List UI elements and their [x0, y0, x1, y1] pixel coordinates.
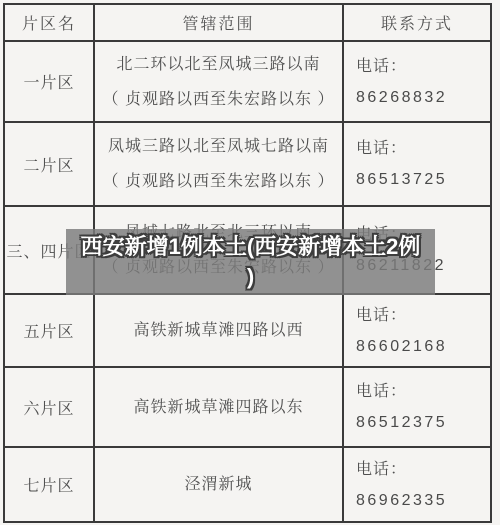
phone-label: 电话：: [356, 376, 407, 407]
phone-cell: 电话： 86268832: [344, 42, 490, 121]
table-row: 七片区 泾渭新城 电话： 86962335: [5, 448, 490, 521]
district-label: 二片区: [23, 153, 74, 176]
header-contact-label: 联系方式: [381, 11, 453, 34]
phone-number: 86602168: [356, 331, 447, 362]
title-overlay: 西安新增1例本土(西安新增本土2例 ): [66, 229, 435, 295]
district-contact-table-photo: 片区名 管辖范围 联系方式 一片区 北二环以北至凤城三路以南（ 贞观路以西至朱宏…: [0, 0, 500, 525]
district-cell: 二片区: [5, 123, 95, 205]
table-row: 五片区 高铁新城草滩四路以西 电话： 86602168: [5, 295, 490, 368]
title-overlay-line1: 西安新增1例本土(西安新增本土2例: [81, 232, 421, 262]
scope-cell: 高铁新城草滩四路以东: [95, 368, 344, 446]
scope-line: 凤城三路以北至凤城七路以南: [108, 129, 329, 164]
header-district-label: 片区名: [22, 11, 76, 34]
scope-line: 高铁新城草滩四路以西: [133, 313, 303, 348]
phone-label: 电话：: [356, 300, 407, 331]
phone-number: 86513725: [356, 164, 447, 195]
scope-line: 北二环以北至凤城三路以南: [116, 47, 320, 82]
scope-cell: 凤城三路以北至凤城七路以南（ 贞观路以西至朱宏路以东 ）: [95, 123, 344, 205]
phone-number: 86962335: [356, 485, 447, 516]
phone-label: 电话：: [356, 454, 407, 485]
header-scope-label: 管辖范围: [182, 11, 254, 34]
scope-line: （ 贞观路以西至朱宏路以东 ）: [103, 164, 335, 199]
table-row: 二片区 凤城三路以北至凤城七路以南（ 贞观路以西至朱宏路以东 ） 电话： 865…: [5, 123, 490, 207]
scope-line: 泾渭新城: [184, 467, 252, 502]
district-cell: 七片区: [5, 448, 95, 521]
table-header-row: 片区名 管辖范围 联系方式: [5, 5, 490, 42]
phone-cell: 电话： 86512375: [344, 368, 490, 446]
scope-line: 高铁新城草滩四路以东: [133, 390, 303, 425]
district-label: 五片区: [23, 319, 74, 342]
title-overlay-line2: ): [247, 262, 254, 292]
header-district: 片区名: [5, 5, 95, 40]
header-scope: 管辖范围: [95, 5, 344, 40]
phone-number: 86268832: [356, 82, 447, 113]
table-row: 六片区 高铁新城草滩四路以东 电话： 86512375: [5, 368, 490, 448]
district-label: 七片区: [23, 473, 74, 496]
scope-line: （ 贞观路以西至朱宏路以东 ）: [103, 82, 335, 117]
scope-cell: 北二环以北至凤城三路以南（ 贞观路以西至朱宏路以东 ）: [95, 42, 344, 121]
table-row: 一片区 北二环以北至凤城三路以南（ 贞观路以西至朱宏路以东 ） 电话： 8626…: [5, 42, 490, 123]
phone-cell: 电话： 86513725: [344, 123, 490, 205]
header-contact: 联系方式: [344, 5, 490, 40]
phone-cell: 电话： 86962335: [344, 448, 490, 521]
phone-cell: 电话： 86602168: [344, 295, 490, 366]
phone-label: 电话：: [356, 51, 407, 82]
phone-label: 电话：: [356, 133, 407, 164]
district-label: 一片区: [23, 70, 74, 93]
phone-number: 86512375: [356, 407, 447, 438]
scope-cell: 泾渭新城: [95, 448, 344, 521]
district-cell: 一片区: [5, 42, 95, 121]
scope-cell: 高铁新城草滩四路以西: [95, 295, 344, 366]
district-label: 六片区: [23, 396, 74, 419]
district-cell: 六片区: [5, 368, 95, 446]
district-cell: 五片区: [5, 295, 95, 366]
